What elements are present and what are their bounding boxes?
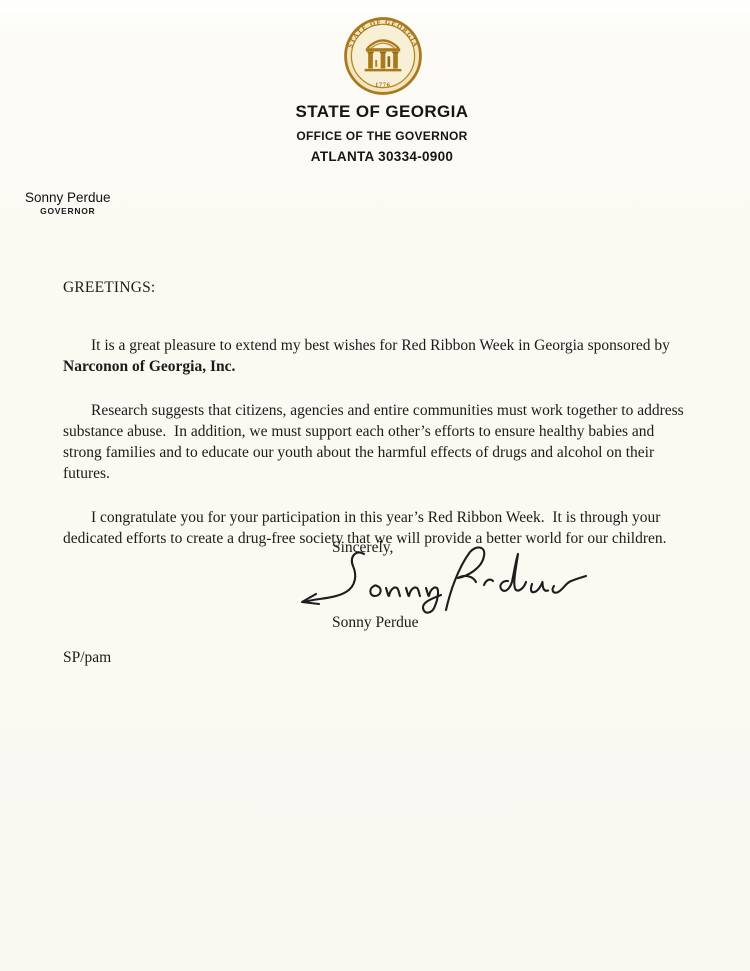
typed-signature-name: Sonny Perdue [332,614,419,632]
salutation: GREETINGS: [63,279,155,297]
paragraph-1-text: It is a great pleasure to extend my best… [91,337,674,354]
paragraph-1-bold: Narconon of Georgia, Inc. [63,358,235,375]
letter-body: It is a great pleasure to extend my best… [63,335,695,561]
paragraph-1: It is a great pleasure to extend my best… [63,335,695,377]
reference-initials: SP/pam [63,649,111,667]
georgia-state-seal-icon: STATE OF GEORGIA 1776 [344,17,422,95]
letterhead-state: STATE OF GEORGIA [14,102,750,122]
governor-title: GOVERNOR [25,206,111,216]
letterhead-office: OFFICE OF THE GOVERNOR [14,129,750,143]
signature-handwriting [298,544,590,618]
paragraph-2: Research suggests that citizens, agencie… [63,400,695,484]
seal-year-text: 1776 [375,82,391,88]
governor-name: Sonny Perdue [25,190,111,205]
governor-block: Sonny Perdue GOVERNOR [25,190,111,216]
letterhead-address: ATLANTA 30334-0900 [14,149,750,164]
letter-page: STATE OF GEORGIA 1776 STATE OF GEORGIA O… [0,0,750,971]
